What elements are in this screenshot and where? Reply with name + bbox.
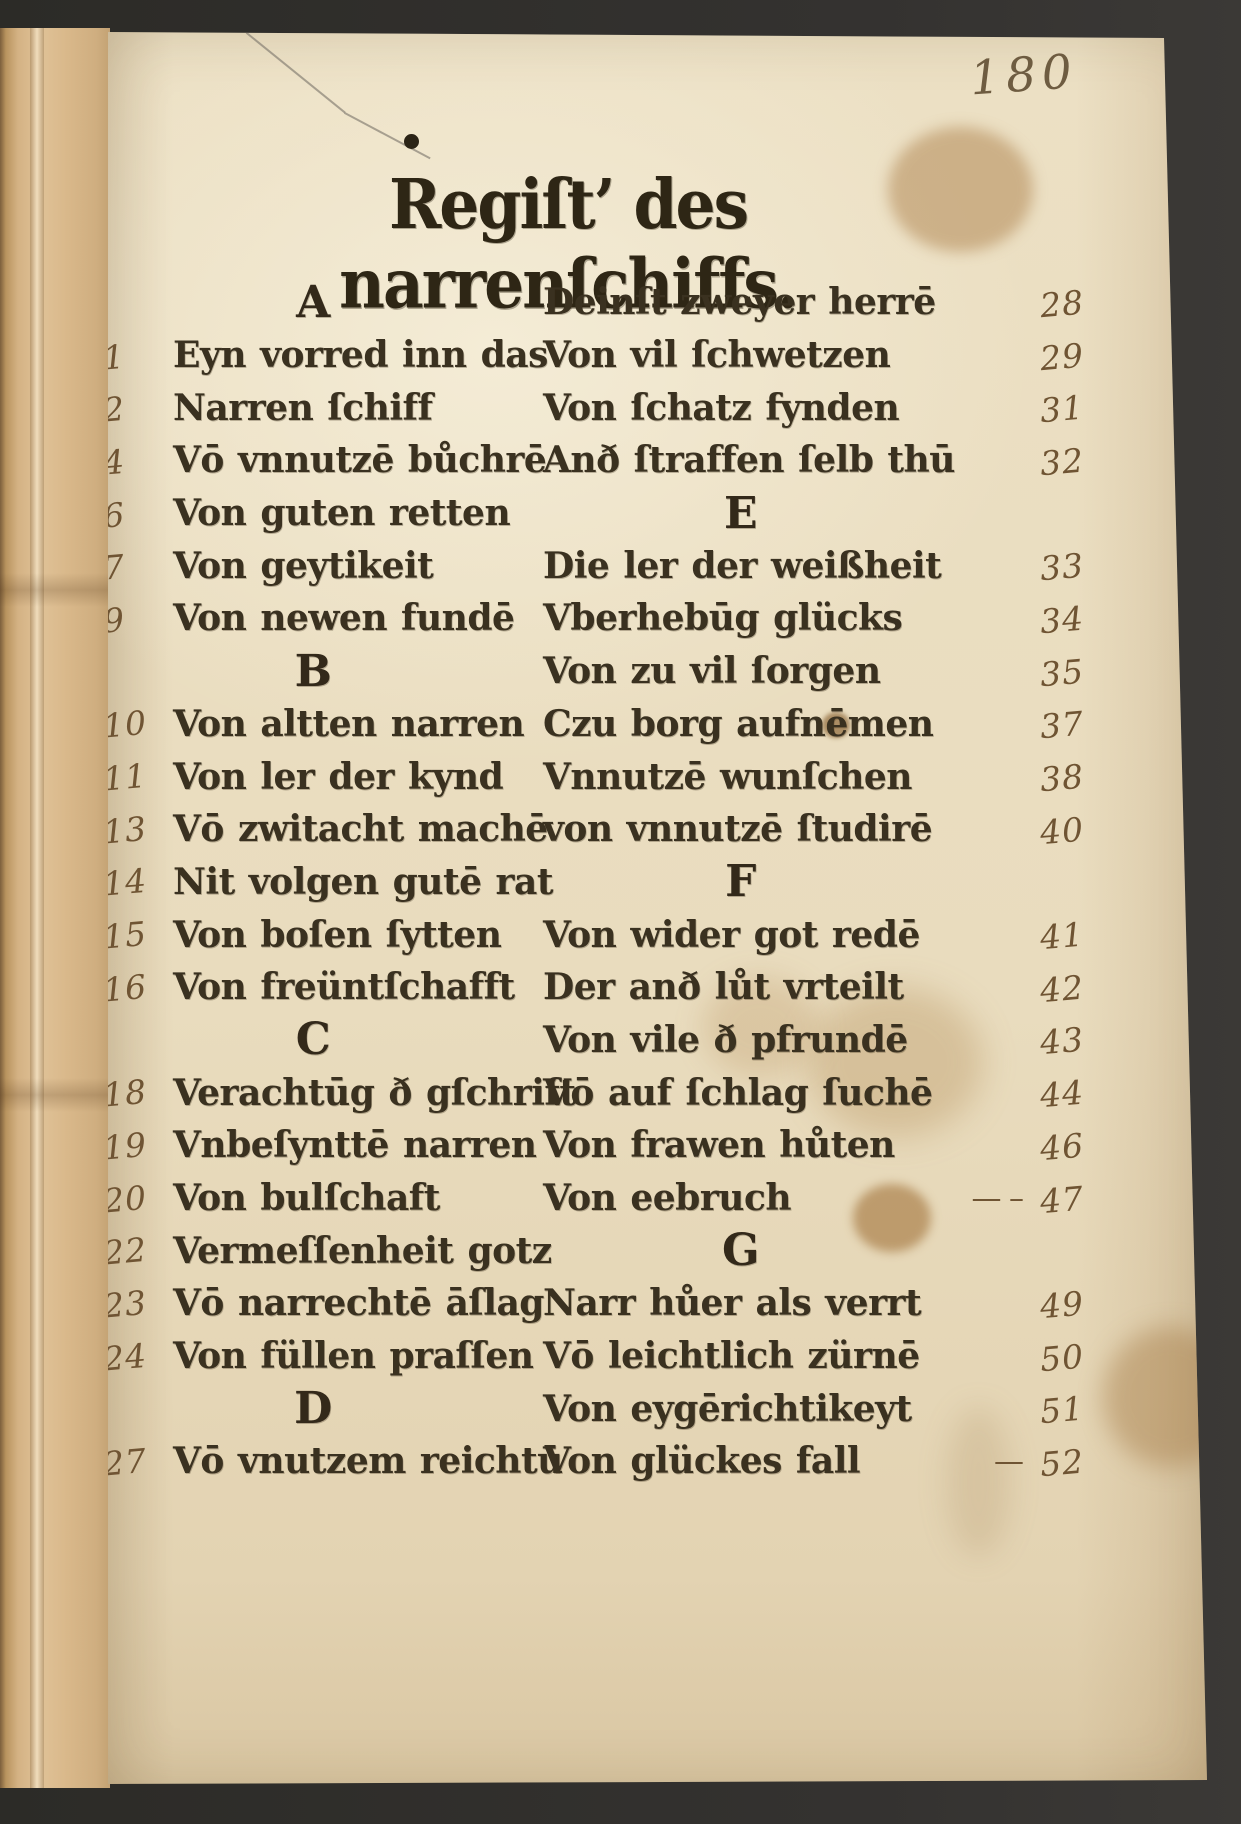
handwritten-page-number: 35 (1026, 647, 1129, 695)
handwritten-page-number: 28 (1026, 279, 1129, 327)
section-letter: G (528, 1224, 1128, 1277)
entry-title: Von füllen praſſen (173, 1335, 568, 1377)
handwritten-page-number: 32 (1026, 437, 1129, 485)
register-entry: Von zu vil ſorgen35 (528, 645, 1128, 698)
book-spine (0, 28, 110, 1788)
register-entry: 2Narren ſchiff (93, 381, 568, 434)
entry-title: Eyn vorred inn das (173, 334, 568, 376)
entry-title: Von bulſchaft (173, 1177, 568, 1219)
entry-title: Narr hůer als verrt (528, 1282, 1028, 1324)
entry-title: Von eygērichtikeyt (528, 1388, 1028, 1430)
entry-title: Von vile ð pfrundē (528, 1019, 1028, 1061)
entry-title: von vnnutzē ſtudirē (528, 808, 1028, 850)
entry-title: Vnbeſynttē narren (173, 1124, 568, 1166)
handwritten-page-number: 42 (1026, 963, 1129, 1011)
handwritten-page-number: 47 (1026, 1174, 1129, 1222)
handwritten-page-number: 43 (1026, 1016, 1129, 1064)
handwritten-page-number: 40 (1026, 805, 1129, 853)
paper-crease-line (246, 32, 346, 113)
entry-title: Verachtūg ð gſchrift (173, 1072, 575, 1114)
entry-title: Von eebruch (528, 1177, 971, 1219)
handwritten-dash: — – (971, 1181, 1028, 1216)
register-entry: Der anð lůt vrteilt42 (528, 961, 1128, 1014)
handwritten-page-number: 29 (1026, 331, 1129, 379)
register-entry: 15Von boſen ſytten (93, 908, 568, 961)
section-letter: D (93, 1382, 568, 1435)
handwritten-page-number: 49 (1026, 1280, 1129, 1328)
register-entry: Von ſchatz fynden31 (528, 381, 1128, 434)
entry-title: Czu borg aufnēmen (528, 703, 1028, 745)
entry-title: Von ler der kynd (173, 756, 568, 798)
register-entry: Von glückes fall—52 (528, 1435, 1128, 1488)
section-letter: E (528, 487, 1128, 540)
register-entry: Vberhebūg glücks34 (528, 592, 1128, 645)
register-entry: 4Vō vnnutzē bůchrē (93, 434, 568, 487)
spine-crease (30, 28, 44, 1788)
entry-title: Von guten retten (173, 492, 568, 534)
section-letter: C (93, 1014, 568, 1067)
entry-title: Nit volgen gutē rat (173, 861, 568, 903)
register-entry: 19Vnbeſynttē narren (93, 1119, 568, 1172)
paper-crease-line (344, 112, 431, 159)
register-entry: Vō leichtlich zürnē50 (528, 1330, 1128, 1383)
entry-title: Von wider got redē (528, 914, 1028, 956)
printers-ink-dot (404, 134, 419, 149)
entry-title: Von boſen ſytten (173, 914, 568, 956)
handwritten-page-number: 31 (1026, 384, 1129, 432)
entry-title: Der anð lůt vrteilt (528, 966, 1028, 1008)
book-scan-photo: 180 Regiſt’ des narrenſchiffs. A1Eyn vor… (0, 0, 1241, 1824)
entry-title: Von freüntſchafft (173, 966, 568, 1008)
entry-title: Von geytikeit (173, 545, 568, 587)
entry-title: Anð ſtraffen ſelb thū (528, 439, 1028, 481)
register-entry: 6Von guten retten (93, 487, 568, 540)
handwritten-page-number: 51 (1026, 1385, 1129, 1433)
entry-title: Von vil ſchwetzen (528, 334, 1028, 376)
handwritten-page-number: 50 (1026, 1332, 1129, 1380)
section-letter: F (528, 856, 1128, 909)
register-entry: 1Eyn vorred inn das (93, 329, 568, 382)
register-right-column: Deinſt zweyer herrē28Von vil ſchwetzen29… (528, 276, 1128, 1488)
register-entry: 10Von altten narren (93, 698, 568, 751)
section-letter: A (93, 276, 568, 329)
register-entry: Vnnutzē wunſchen38 (528, 750, 1128, 803)
entry-title: Vō zwitacht machē (173, 808, 568, 850)
register-left-column: A1Eyn vorred inn das2Narren ſchiff4Vō vn… (93, 276, 568, 1488)
entry-title: Von frawen hůten (528, 1124, 1028, 1166)
register-entry: 14Nit volgen gutē rat (93, 856, 568, 909)
register-entry: 27Vō vnutzem reichtū (93, 1435, 568, 1488)
spine-sewing-band (0, 573, 110, 607)
register-entry: 13Vō zwitacht machē (93, 803, 568, 856)
entry-title: Narren ſchiff (173, 387, 568, 429)
handwritten-dash: — (994, 1444, 1028, 1479)
handwritten-page-number: 37 (1026, 700, 1129, 748)
handwritten-page-number: 34 (1026, 595, 1129, 643)
register-entry: 24Von füllen praſſen (93, 1330, 568, 1383)
entry-title: Vō vnnutzē bůchrē (173, 439, 568, 481)
register-entry: Von vil ſchwetzen29 (528, 329, 1128, 382)
register-entry: 7Von geytikeit (93, 539, 568, 592)
section-letter: B (93, 645, 568, 698)
entry-title: Von altten narren (173, 703, 568, 745)
register-entry: Von frawen hůten46 (528, 1119, 1128, 1172)
register-entry: Czu borg aufnēmen37 (528, 698, 1128, 751)
entry-title: Vō narrechtē āſlag (173, 1282, 568, 1324)
register-entry: 23Vō narrechtē āſlag (93, 1277, 568, 1330)
handwritten-page-number: 44 (1026, 1069, 1129, 1117)
entry-title: Vō auf ſchlag ſuchē (528, 1072, 1028, 1114)
handwritten-page-number: 52 (1026, 1438, 1129, 1486)
register-entry: 11Von ler der kynd (93, 750, 568, 803)
handwritten-page-number: 41 (1026, 911, 1129, 959)
handwritten-page-number: 33 (1026, 542, 1129, 590)
handwritten-folio-number: 180 (968, 40, 1131, 106)
register-entry: 22Vermeſſenheit gotz (93, 1224, 568, 1277)
register-entry: 16Von freüntſchafft (93, 961, 568, 1014)
register-entry: 20Von bulſchaft (93, 1172, 568, 1225)
handwritten-page-number: 46 (1026, 1122, 1129, 1170)
spine-sewing-band (0, 1078, 110, 1112)
entry-title: Vberhebūg glücks (528, 597, 1028, 639)
register-entry: Deinſt zweyer herrē28 (528, 276, 1128, 329)
entry-title: Von newen fundē (173, 597, 568, 639)
register-entry: Von eebruch— –47 (528, 1172, 1128, 1225)
register-entry: Anð ſtraffen ſelb thū32 (528, 434, 1128, 487)
handwritten-page-number: 38 (1026, 753, 1129, 801)
entry-title: Vnnutzē wunſchen (528, 756, 1028, 798)
entry-title: Vermeſſenheit gotz (173, 1230, 568, 1272)
book-page: 180 Regiſt’ des narrenſchiffs. A1Eyn vor… (108, 32, 1208, 1788)
entry-title: Deinſt zweyer herrē (528, 281, 1028, 323)
entry-title: Die ler der weißheit (528, 545, 1028, 587)
entry-title: Vō vnutzem reichtū (173, 1440, 568, 1482)
register-entry: Von eygērichtikeyt51 (528, 1382, 1128, 1435)
register-entry: Von vile ð pfrundē43 (528, 1014, 1128, 1067)
entry-title: Von zu vil ſorgen (528, 650, 1028, 692)
register-entry: von vnnutzē ſtudirē40 (528, 803, 1128, 856)
entry-title: Vō leichtlich zürnē (528, 1335, 1028, 1377)
register-entry: Von wider got redē41 (528, 908, 1128, 961)
register-entry: 9Von newen fundē (93, 592, 568, 645)
entry-title: Von ſchatz fynden (528, 387, 1028, 429)
register-entry: Narr hůer als verrt49 (528, 1277, 1128, 1330)
register-entry: 18Verachtūg ð gſchrift (93, 1066, 568, 1119)
register-entry: Vō auf ſchlag ſuchē44 (528, 1066, 1128, 1119)
register-entry: Die ler der weißheit33 (528, 539, 1128, 592)
entry-title: Von glückes fall (528, 1440, 994, 1482)
